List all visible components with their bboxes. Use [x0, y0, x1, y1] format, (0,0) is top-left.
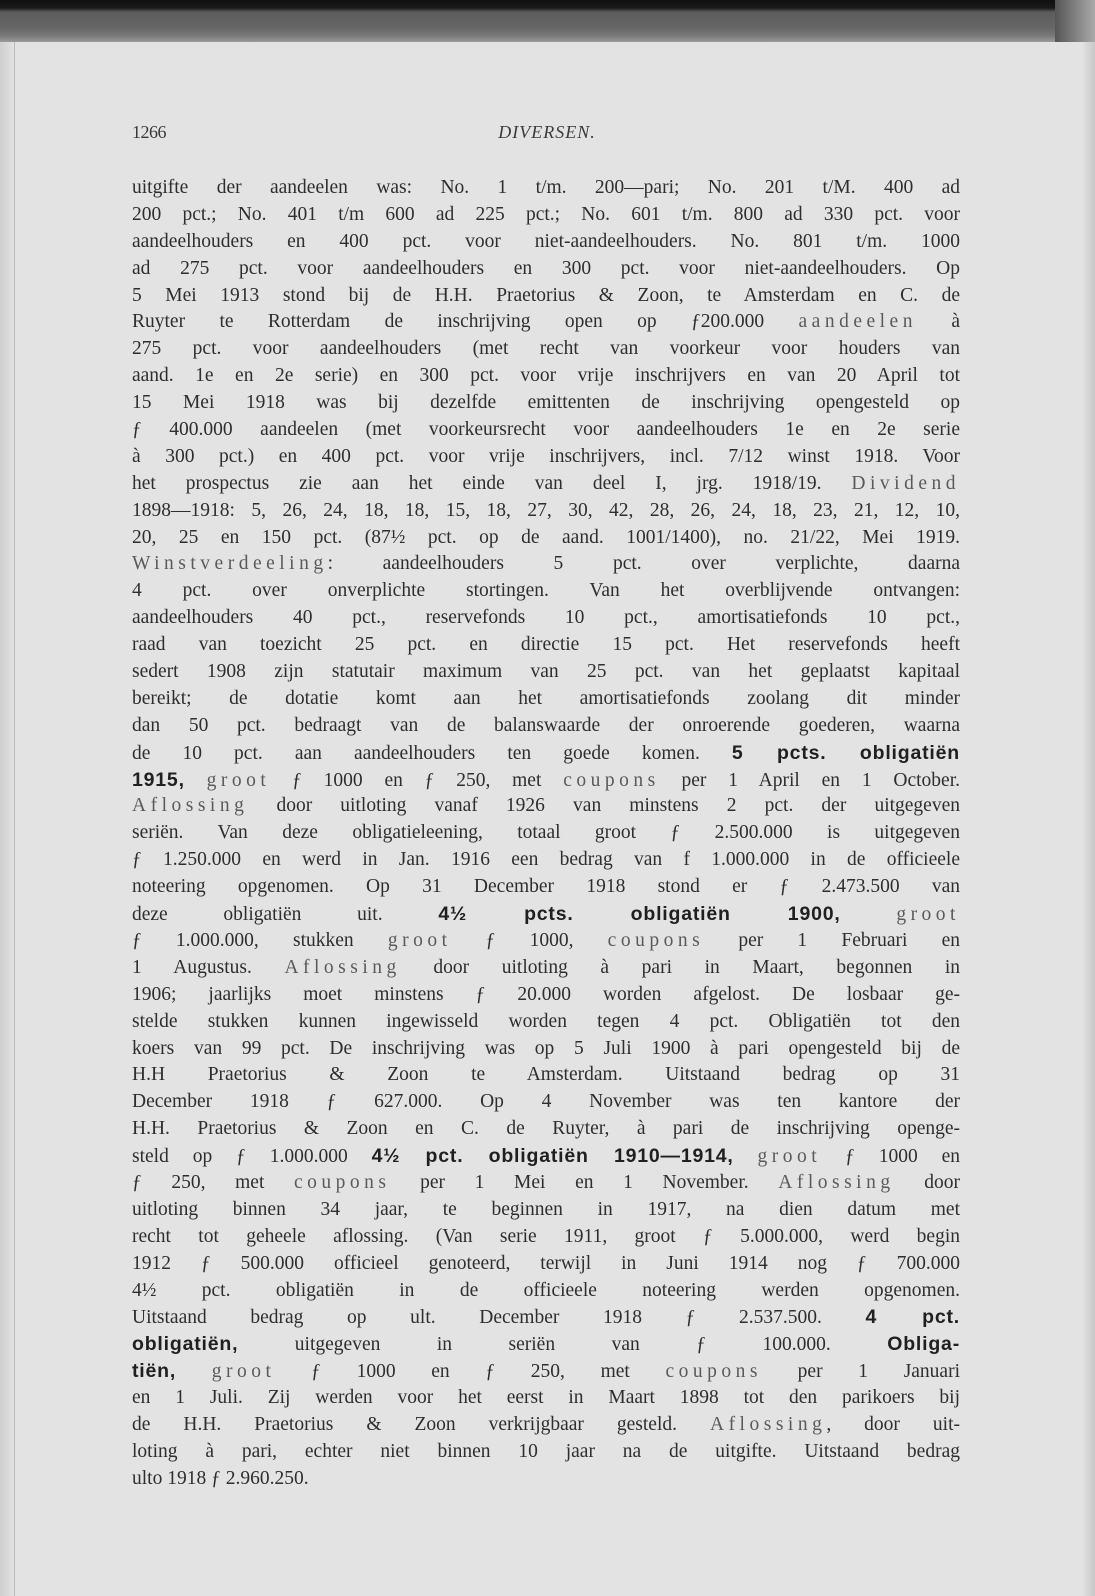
text-line: 4 pct. over onverplichte stortingen. Van… [132, 578, 960, 605]
spaced-term: Aflossing [778, 1172, 894, 1193]
text-segment: : aandeelhouders 5 pct. over verplichte,… [328, 553, 960, 574]
text-line: 20, 25 en 150 pct. (87½ pct. op de aand.… [132, 525, 960, 552]
text-segment: deze obligatiën uit. [132, 904, 438, 925]
spaced-term: Aflossing [132, 795, 248, 816]
scan-top-border [0, 0, 1095, 42]
text-segment: 4½ pct. obligatiën in de officieele note… [132, 1280, 960, 1301]
text-segment: uitgifte der aandeelen was: No. 1 t/m. 2… [132, 177, 960, 198]
text-segment: per 1 Mei en 1 November. [391, 1172, 779, 1193]
text-segment: per 1 Februari en [704, 930, 960, 951]
text-line: ulto 1918 ƒ 2.960.250. [132, 1466, 960, 1493]
text-segment: per 1 Januari [762, 1361, 960, 1382]
text-line: 1906; jaarlijks moet minstens ƒ 20.000 w… [132, 982, 960, 1009]
text-line: de 10 pct. aan aandeelhouders ten goede … [132, 740, 960, 767]
spaced-term: coupons [608, 930, 705, 951]
text-line: steld op ƒ 1.000.000 4½ pct. obligatiën … [132, 1143, 960, 1170]
text-segment: sedert 1908 zijn statutair maximum van 2… [132, 661, 960, 682]
text-line: ƒ 1.250.000 en werd in Jan. 1916 een bed… [132, 847, 960, 874]
running-title: DIVERSEN. [132, 122, 962, 143]
text-segment: aandeelhouders en 400 pct. voor niet-aan… [132, 231, 960, 252]
text-segment: ƒ 1000 en [821, 1146, 960, 1167]
bond-heading: obligatiën, [132, 1333, 238, 1355]
bond-heading: 4½ pct. obligatiën 1910—1914, [372, 1145, 734, 1167]
text-line: het prospectus zie aan het einde van dee… [132, 471, 960, 498]
text-segment: steld op ƒ 1.000.000 [132, 1146, 372, 1167]
text-segment: à [917, 311, 960, 332]
text-segment: dan 50 pct. bedraagt van de balanswaarde… [132, 715, 960, 736]
text-segment: H.H Praetorius & Zoon te Amsterdam. Uits… [132, 1064, 960, 1085]
text-line: ƒ 250, met coupons per 1 Mei en 1 Novemb… [132, 1170, 960, 1197]
text-segment: bereikt; de dotatie komt aan het amortis… [132, 688, 960, 709]
text-segment: 275 pct. voor aandeelhouders (met recht … [132, 338, 960, 359]
text-segment: 15 Mei 1918 was bij dezelfde emittenten … [132, 392, 960, 413]
bond-heading: tiën, [132, 1360, 176, 1382]
spaced-term: groot [207, 770, 271, 791]
spaced-term: Aflossing [284, 957, 400, 978]
text-line: uitgifte der aandeelen was: No. 1 t/m. 2… [132, 175, 960, 202]
text-line: Winstverdeeling: aandeelhouders 5 pct. o… [132, 551, 960, 578]
text-line: tiën, groot ƒ 1000 en ƒ 250, met coupons… [132, 1358, 960, 1385]
text-segment: en 1 Juli. Zij werden voor het eerst in … [132, 1387, 960, 1408]
bond-heading: 4 pct. [866, 1306, 960, 1328]
text-line: bereikt; de dotatie komt aan het amortis… [132, 686, 960, 713]
spaced-term: groot [388, 930, 452, 951]
spaced-term: groot [758, 1146, 822, 1167]
text-line: Aflossing door uitloting vanaf 1926 van … [132, 793, 960, 820]
text-line: 1912 ƒ 500.000 officieel genoteerd, terw… [132, 1251, 960, 1278]
text-segment: ƒ 1000 en ƒ 250, met [275, 1361, 665, 1382]
text-line: 4½ pct. obligatiën in de officieele note… [132, 1278, 960, 1305]
text-segment: ulto 1918 ƒ 2.960.250. [132, 1468, 309, 1489]
text-line: deze obligatiën uit. 4½ pcts. obligatiën… [132, 901, 960, 928]
text-line: 1 Augustus. Aflossing door uitloting à p… [132, 955, 960, 982]
text-segment: per 1 April en 1 October. [660, 770, 960, 791]
bond-heading: 1915, [132, 769, 185, 791]
text-segment: door [895, 1172, 960, 1193]
text-line: Uitstaand bedrag op ult. December 1918 ƒ… [132, 1304, 960, 1331]
text-segment: de H.H. Praetorius & Zoon verkrijgbaar g… [132, 1414, 710, 1435]
text-segment: Uitstaand bedrag op ult. December 1918 ƒ… [132, 1307, 866, 1328]
text-line: uitloting binnen 34 jaar, te beginnen in… [132, 1197, 960, 1224]
bond-heading: 4½ pcts. obligatiën 1900, [438, 903, 840, 925]
text-line: Ruyter te Rotterdam de inschrijving open… [132, 309, 960, 336]
text-segment: koers van 99 pct. De inschrijving was op… [132, 1038, 960, 1059]
text-line: December 1918 ƒ 627.000. Op 4 November w… [132, 1089, 960, 1116]
spaced-term: groot [212, 1361, 276, 1382]
text-segment: loting à pari, echter niet binnen 10 jaa… [132, 1441, 960, 1462]
text-line: loting à pari, echter niet binnen 10 jaa… [132, 1439, 960, 1466]
spaced-term: groot [896, 904, 960, 925]
text-line: sedert 1908 zijn statutair maximum van 2… [132, 659, 960, 686]
text-segment: December 1918 ƒ 627.000. Op 4 November w… [132, 1091, 960, 1112]
text-segment: ƒ 1000, [452, 930, 608, 951]
text-segment: stelde stukken kunnen ingewisseld worden… [132, 1011, 960, 1032]
text-segment: de 10 pct. aan aandeelhouders ten goede … [132, 743, 732, 764]
bond-heading: Obliga- [887, 1333, 960, 1355]
text-segment: aandeelhouders 40 pct., reservefonds 10 … [132, 607, 960, 628]
text-segment: 5 Mei 1913 stond bij de H.H. Praetorius … [132, 285, 960, 306]
text-line: aand. 1e en 2e serie) en 300 pct. voor v… [132, 363, 960, 390]
text-segment: H.H. Praetorius & Zoon en C. de Ruyter, … [132, 1118, 960, 1139]
text-segment: seriën. Van deze obligatieleening, totaa… [132, 822, 960, 843]
scan-page-curl [1055, 0, 1095, 42]
text-line: ƒ 400.000 aandeelen (met voorkeursrecht … [132, 417, 960, 444]
text-segment: uitloting binnen 34 jaar, te beginnen in… [132, 1199, 960, 1220]
text-line: ƒ 1.000.000, stukken groot ƒ 1000, coupo… [132, 928, 960, 955]
text-segment: ƒ 400.000 aandeelen (met voorkeursrecht … [132, 419, 960, 440]
text-line: en 1 Juli. Zij werden voor het eerst in … [132, 1385, 960, 1412]
text-segment: ƒ 1000 en ƒ 250, met [270, 770, 563, 791]
text-line: 200 pct.; No. 401 t/m 600 ad 225 pct.; N… [132, 202, 960, 229]
text-segment [734, 1146, 758, 1167]
text-line: obligatiën, uitgegeven in seriën van ƒ 1… [132, 1331, 960, 1358]
text-line: H.H Praetorius & Zoon te Amsterdam. Uits… [132, 1062, 960, 1089]
text-segment: 1906; jaarlijks moet minstens ƒ 20.000 w… [132, 984, 960, 1005]
text-line: aandeelhouders en 400 pct. voor niet-aan… [132, 229, 960, 256]
text-segment: uitgegeven in seriën van ƒ 100.000. [238, 1334, 887, 1355]
text-line: seriën. Van deze obligatieleening, totaa… [132, 820, 960, 847]
text-segment [176, 1361, 212, 1382]
text-line: 1898—1918: 5, 26, 24, 18, 18, 15, 18, 27… [132, 498, 960, 525]
spaced-term: Winstverdeeling [132, 553, 328, 574]
text-line: aandeelhouders 40 pct., reservefonds 10 … [132, 605, 960, 632]
spaced-term: aandeelen [799, 311, 917, 332]
page-header: 1266 DIVERSEN. [132, 122, 962, 146]
text-segment [185, 770, 207, 791]
text-segment: aand. 1e en 2e serie) en 300 pct. voor v… [132, 365, 960, 386]
text-segment: ƒ 1.250.000 en werd in Jan. 1916 een bed… [132, 849, 960, 870]
scan-right-edge [1082, 42, 1095, 1596]
text-line: 275 pct. voor aandeelhouders (met recht … [132, 336, 960, 363]
scan-left-edge [0, 42, 15, 1596]
text-segment: Ruyter te Rotterdam de inschrijving open… [132, 311, 799, 332]
text-segment: 1912 ƒ 500.000 officieel genoteerd, terw… [132, 1253, 960, 1274]
text-segment: 1 Augustus. [132, 957, 284, 978]
text-segment: noteering opgenomen. Op 31 December 1918… [132, 876, 960, 897]
text-line: 1915, groot ƒ 1000 en ƒ 250, met coupons… [132, 767, 960, 794]
spaced-term: Dividend [851, 473, 960, 494]
spaced-term: coupons [666, 1361, 763, 1382]
text-segment: het prospectus zie aan het einde van dee… [132, 473, 851, 494]
spaced-term: coupons [294, 1172, 391, 1193]
text-segment: , door uit- [826, 1414, 960, 1435]
spaced-term: Aflossing [710, 1414, 826, 1435]
text-line: 5 Mei 1913 stond bij de H.H. Praetorius … [132, 283, 960, 310]
text-segment: 20, 25 en 150 pct. (87½ pct. op de aand.… [132, 527, 960, 548]
text-segment: door uitloting à pari in Maart, begonnen… [401, 957, 960, 978]
text-segment: ƒ 250, met [132, 1172, 294, 1193]
text-line: stelde stukken kunnen ingewisseld worden… [132, 1009, 960, 1036]
text-segment: recht tot geheele aflossing. (Van serie … [132, 1226, 960, 1247]
text-line: noteering opgenomen. Op 31 December 1918… [132, 874, 960, 901]
text-segment: ad 275 pct. voor aandeelhouders en 300 p… [132, 258, 960, 279]
bond-heading: 5 pcts. obligatiën [732, 742, 960, 764]
text-segment: 200 pct.; No. 401 t/m 600 ad 225 pct.; N… [132, 204, 960, 225]
text-line: H.H. Praetorius & Zoon en C. de Ruyter, … [132, 1116, 960, 1143]
text-segment: à 300 pct.) en 400 pct. voor vrije insch… [132, 446, 960, 467]
text-segment: ƒ 1.000.000, stukken [132, 930, 388, 951]
text-line: de H.H. Praetorius & Zoon verkrijgbaar g… [132, 1412, 960, 1439]
text-line: koers van 99 pct. De inschrijving was op… [132, 1036, 960, 1063]
text-segment: 1898—1918: 5, 26, 24, 18, 18, 15, 18, 27… [132, 500, 960, 521]
text-line: à 300 pct.) en 400 pct. voor vrije insch… [132, 444, 960, 471]
spaced-term: coupons [563, 770, 660, 791]
body-paragraph: uitgifte der aandeelen was: No. 1 t/m. 2… [132, 175, 960, 1493]
text-line: dan 50 pct. bedraagt van de balanswaarde… [132, 713, 960, 740]
text-segment: door uitloting vanaf 1926 van minstens 2… [248, 795, 960, 816]
text-line: raad van toezicht 25 pct. en directie 15… [132, 632, 960, 659]
text-segment: 4 pct. over onverplichte stortingen. Van… [132, 580, 960, 601]
text-line: recht tot geheele aflossing. (Van serie … [132, 1224, 960, 1251]
text-segment [841, 904, 897, 925]
text-line: 15 Mei 1918 was bij dezelfde emittenten … [132, 390, 960, 417]
text-line: ad 275 pct. voor aandeelhouders en 300 p… [132, 256, 960, 283]
text-segment: raad van toezicht 25 pct. en directie 15… [132, 634, 960, 655]
